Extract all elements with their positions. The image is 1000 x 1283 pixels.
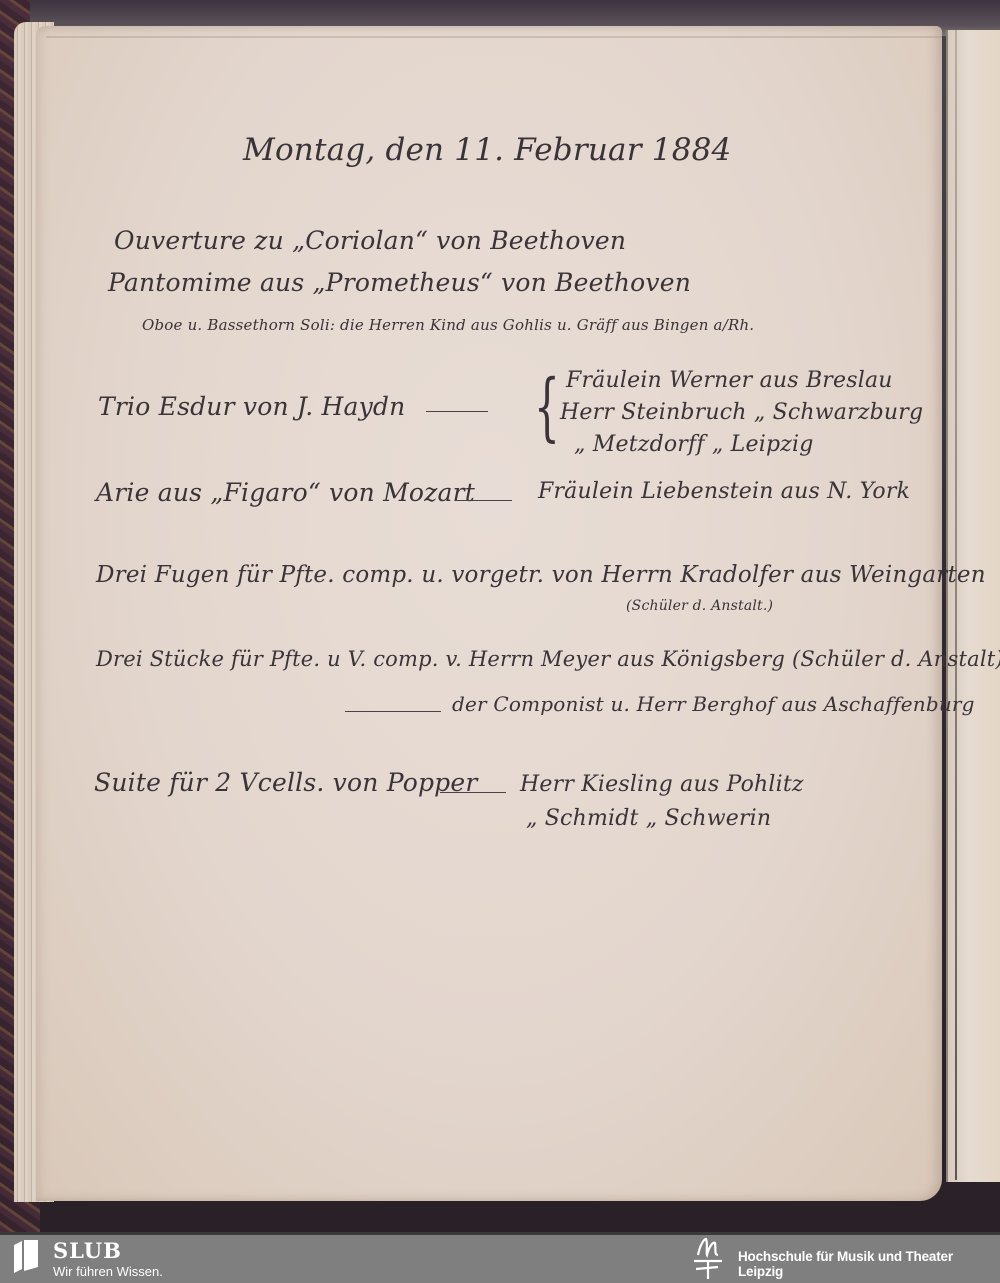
separator-dash — [456, 500, 512, 501]
program-item-4-work: Arie aus „Figaro“ von Mozart — [96, 478, 475, 507]
scanned-page-image: Montag, den 11. Februar 1884 Ouverture z… — [0, 0, 1000, 1232]
hmt-logo-text[interactable]: Hochschule für Musik und Theater Leipzig — [738, 1249, 1000, 1279]
program-item-3-work: Trio Esdur von J. Haydn — [98, 392, 405, 421]
slub-tagline: Wir führen Wissen. — [53, 1264, 163, 1279]
program-item-2-note: Oboe u. Bassethorn Soli: die Herren Kind… — [142, 316, 754, 334]
program-item-7-work: Suite für 2 Vcells. von Popper — [94, 768, 478, 797]
program-item-3-performer-1: Fräulein Werner aus Breslau — [566, 368, 893, 393]
program-item-5-work: Drei Fugen für Pfte. comp. u. vorgetr. v… — [96, 562, 986, 588]
separator-dash — [345, 711, 441, 712]
program-item-2-work: Pantomime aus „Prometheus“ von Beethoven — [108, 268, 691, 297]
footer-divider — [0, 1232, 1000, 1235]
program-item-5-note: (Schüler d. Anstalt.) — [626, 598, 773, 614]
program-item-7-performer-1: Herr Kiesling aus Pohlitz — [520, 772, 804, 797]
program-item-6-work: Drei Stücke für Pfte. u V. comp. v. Herr… — [96, 647, 1000, 671]
footer-bar: SLUB Wir führen Wissen. Hochschule für M… — [0, 1232, 1000, 1283]
separator-dash — [440, 792, 506, 793]
page-gutter — [955, 30, 957, 1180]
manuscript-page — [36, 26, 942, 1201]
slub-book-icon[interactable] — [12, 1237, 42, 1275]
page-edge-line — [46, 36, 942, 38]
program-item-3-performer-3: „ Metzdorff „ Leipzig — [574, 432, 814, 457]
program-item-3-performer-2: Herr Steinbruch „ Schwarzburg — [560, 400, 923, 425]
program-item-7-performer-2: „ Schmidt „ Schwerin — [526, 806, 771, 831]
program-item-4-performer-1: Fräulein Liebenstein aus N. York — [538, 479, 910, 504]
hmt-monogram-icon[interactable] — [692, 1235, 726, 1282]
page-heading-date: Montag, den 11. Februar 1884 — [243, 132, 731, 168]
separator-dash — [426, 411, 488, 412]
slub-logo-text[interactable]: SLUB — [53, 1238, 122, 1263]
program-item-6-performer-1: der Componist u. Herr Berghof aus Aschaf… — [452, 692, 975, 716]
performer-brace: { — [534, 370, 560, 444]
program-item-1-work: Ouverture zu „Coriolan“ von Beethoven — [114, 226, 626, 255]
